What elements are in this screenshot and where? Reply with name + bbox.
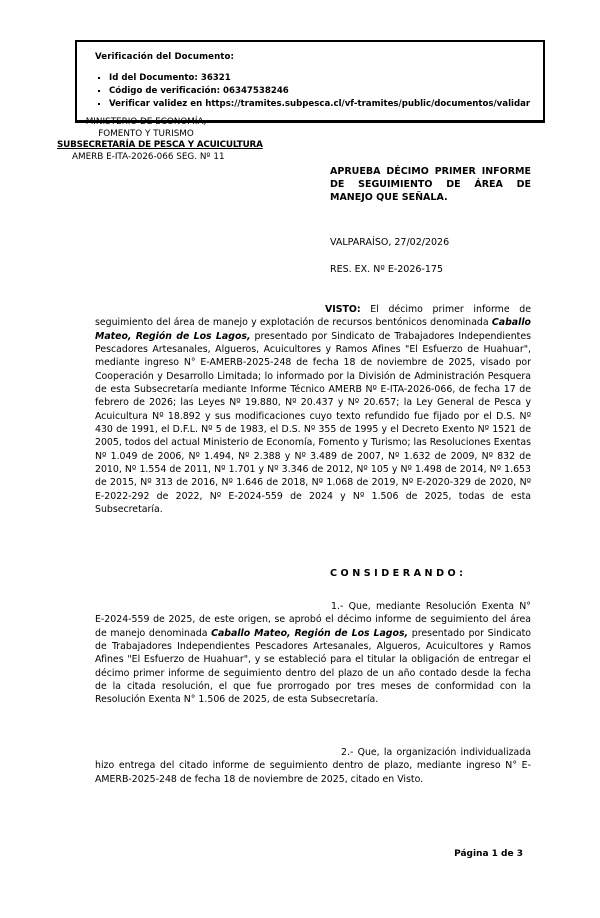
verification-item-code: Código de verificación: 06347538246: [109, 85, 535, 97]
verification-item-document-id: Id del Documento: 36321: [109, 72, 535, 84]
verification-list: Id del Documento: 36321 Código de verifi…: [95, 72, 535, 110]
considerando-paragraph-1: 1.- Que, mediante Resolución Exenta N° E…: [95, 600, 531, 707]
document-reference: AMERB E-ITA-2026-066 SEG. Nº 11: [57, 152, 291, 164]
considerando-heading: CONSIDERANDO:: [330, 568, 467, 579]
letterhead: MINISTERIO DE ECONOMÍA, FOMENTO Y TURISM…: [57, 117, 291, 163]
verification-box-title: Verificación del Documento:: [95, 51, 535, 63]
resolution-document-page: Verificación del Documento: Id del Docum…: [0, 0, 600, 918]
considerando-paragraph-2: 2.- Que, la organización individualizada…: [95, 746, 531, 786]
verification-box: Verificación del Documento: Id del Docum…: [75, 40, 545, 123]
page-number-indicator: Página 1 de 3: [454, 849, 523, 859]
verification-item-validate-url: Verificar validez en https://tramites.su…: [109, 98, 535, 110]
resolution-subject: APRUEBA DÉCIMO PRIMER INFORME DE SEGUIMI…: [330, 165, 531, 205]
ministry-name-line1: MINISTERIO DE ECONOMÍA,: [57, 117, 235, 129]
ministry-name-line2: FOMENTO Y TURISMO: [57, 129, 235, 141]
resolution-number: RES. EX. Nº E-2026-175: [330, 264, 443, 275]
place-and-date: VALPARAÍSO, 27/02/2026: [330, 237, 449, 248]
visto-paragraph: VISTO: El décimo primer informe de segui…: [95, 303, 531, 517]
subsecretaria-name: SUBSECRETARÍA DE PESCA Y ACUICULTURA: [57, 140, 291, 152]
